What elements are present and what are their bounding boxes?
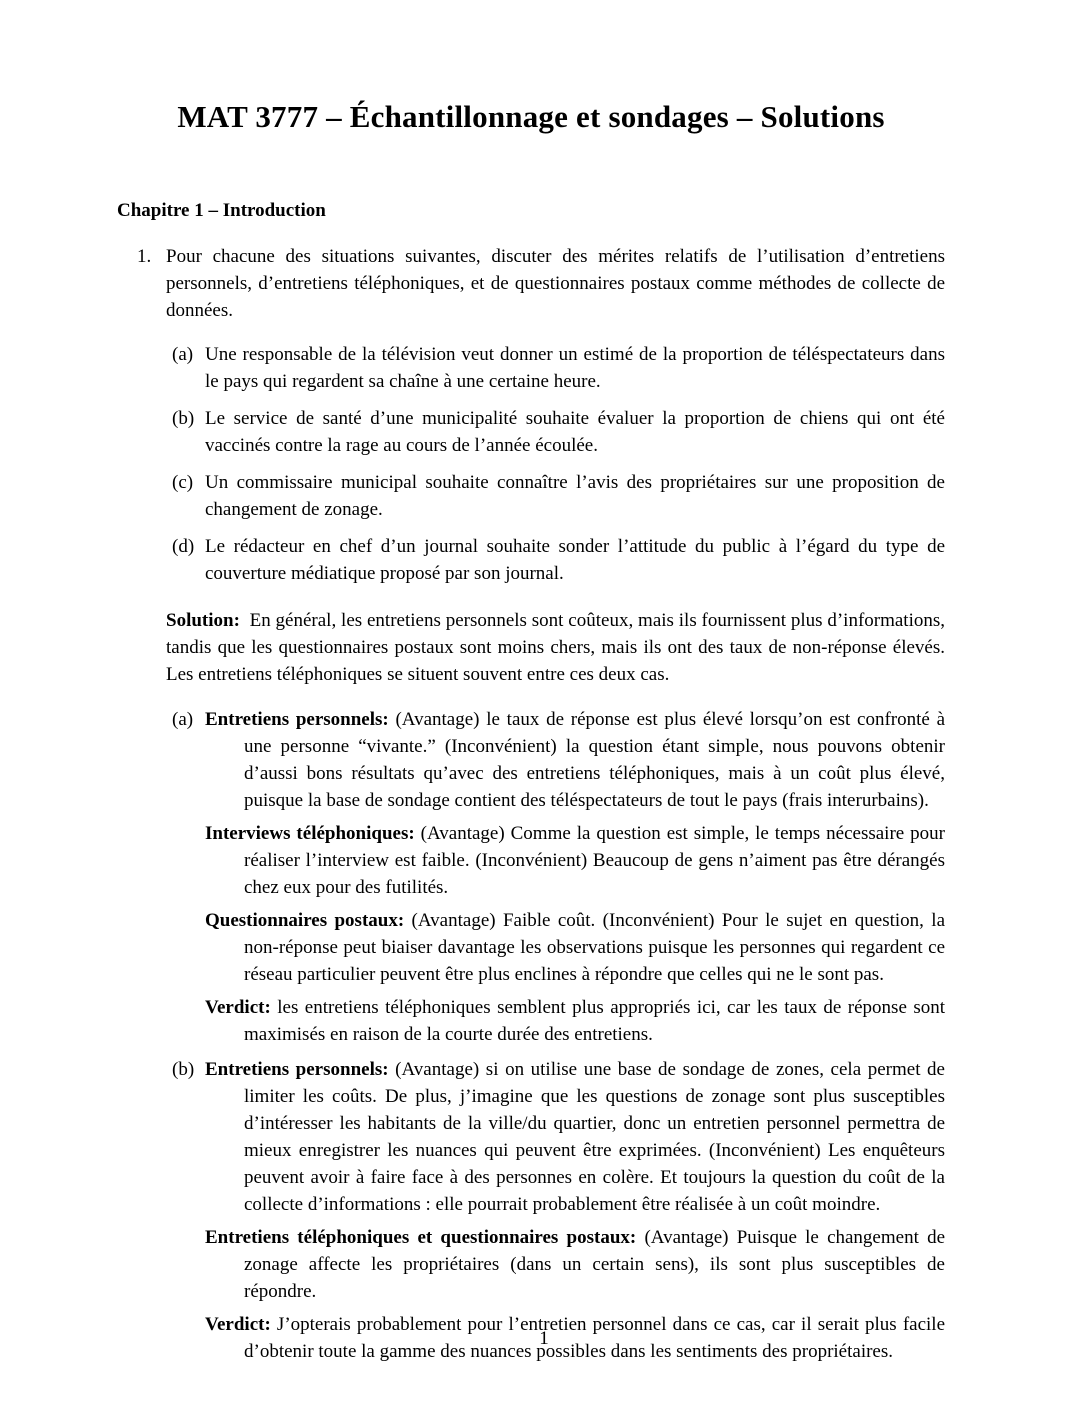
list-item-text: Le rédacteur en chef d’un journal souhai… bbox=[205, 533, 945, 587]
list-item: (c) Un commissaire municipal souhaite co… bbox=[172, 469, 945, 523]
entry-term: Entretiens personnels: bbox=[205, 709, 389, 730]
solution-entry: Questionnaires postaux: (Avantage) Faibl… bbox=[244, 907, 945, 988]
list-item-label: (a) bbox=[172, 341, 205, 395]
part-label: (b) bbox=[172, 1056, 194, 1083]
solution-part-b: (b) Entretiens personnels: (Avantage) si… bbox=[166, 1056, 945, 1365]
chapter-heading: Chapitre 1 – Introduction bbox=[117, 197, 945, 224]
solution-entry: Entretiens téléphoniques et questionnair… bbox=[244, 1224, 945, 1305]
page-number: 1 bbox=[0, 1328, 1088, 1350]
problem-1: 1. Pour chacune des situations suivantes… bbox=[117, 243, 945, 1373]
entry-term: Questionnaires postaux: bbox=[205, 910, 404, 931]
list-item: (a) Une responsable de la télévision veu… bbox=[172, 341, 945, 395]
entry-text: (Avantage) si on utilise une base de son… bbox=[244, 1059, 945, 1215]
solution-entry: Entretiens personnels: (Avantage) si on … bbox=[244, 1056, 945, 1218]
solution-entry: Entretiens personnels: (Avantage) le tau… bbox=[244, 706, 945, 814]
solution-entry: Verdict: les entretiens téléphoniques se… bbox=[244, 994, 945, 1048]
list-item-label: (c) bbox=[172, 469, 205, 523]
solution-part-a: (a) Entretiens personnels: (Avantage) le… bbox=[166, 706, 945, 1048]
list-item-text: Une responsable de la télévision veut do… bbox=[205, 341, 945, 395]
solution-intro-text: En général, les entretiens personnels so… bbox=[166, 610, 945, 685]
list-item-label: (d) bbox=[172, 533, 205, 587]
entry-term: Interviews téléphoniques: bbox=[205, 823, 415, 844]
entry-term: Entretiens personnels: bbox=[205, 1059, 389, 1080]
entry-term: Entretiens téléphoniques et questionnair… bbox=[205, 1227, 636, 1248]
document-title: MAT 3777 – Échantillonnage et sondages –… bbox=[117, 98, 945, 137]
list-item: (b) Le service de santé d’une municipali… bbox=[172, 405, 945, 459]
solution-label: Solution: bbox=[166, 610, 240, 631]
problem-body: Pour chacune des situations suivantes, d… bbox=[166, 243, 945, 1373]
document-page: MAT 3777 – Échantillonnage et sondages –… bbox=[0, 0, 1088, 1408]
entry-term: Verdict: bbox=[205, 997, 271, 1018]
solution-entry: Interviews téléphoniques: (Avantage) Com… bbox=[244, 820, 945, 901]
list-item-label: (b) bbox=[172, 405, 205, 459]
list-item-text: Un commissaire municipal souhaite connaî… bbox=[205, 469, 945, 523]
problem-number: 1. bbox=[117, 243, 166, 1373]
entry-text: les entretiens téléphoniques semblent pl… bbox=[244, 997, 945, 1045]
part-label: (a) bbox=[172, 706, 193, 733]
solution-intro: Solution: En général, les entretiens per… bbox=[166, 607, 945, 688]
list-item-text: Le service de santé d’une municipalité s… bbox=[205, 405, 945, 459]
problem-statement: Pour chacune des situations suivantes, d… bbox=[166, 243, 945, 324]
list-item: (d) Le rédacteur en chef d’un journal so… bbox=[172, 533, 945, 587]
